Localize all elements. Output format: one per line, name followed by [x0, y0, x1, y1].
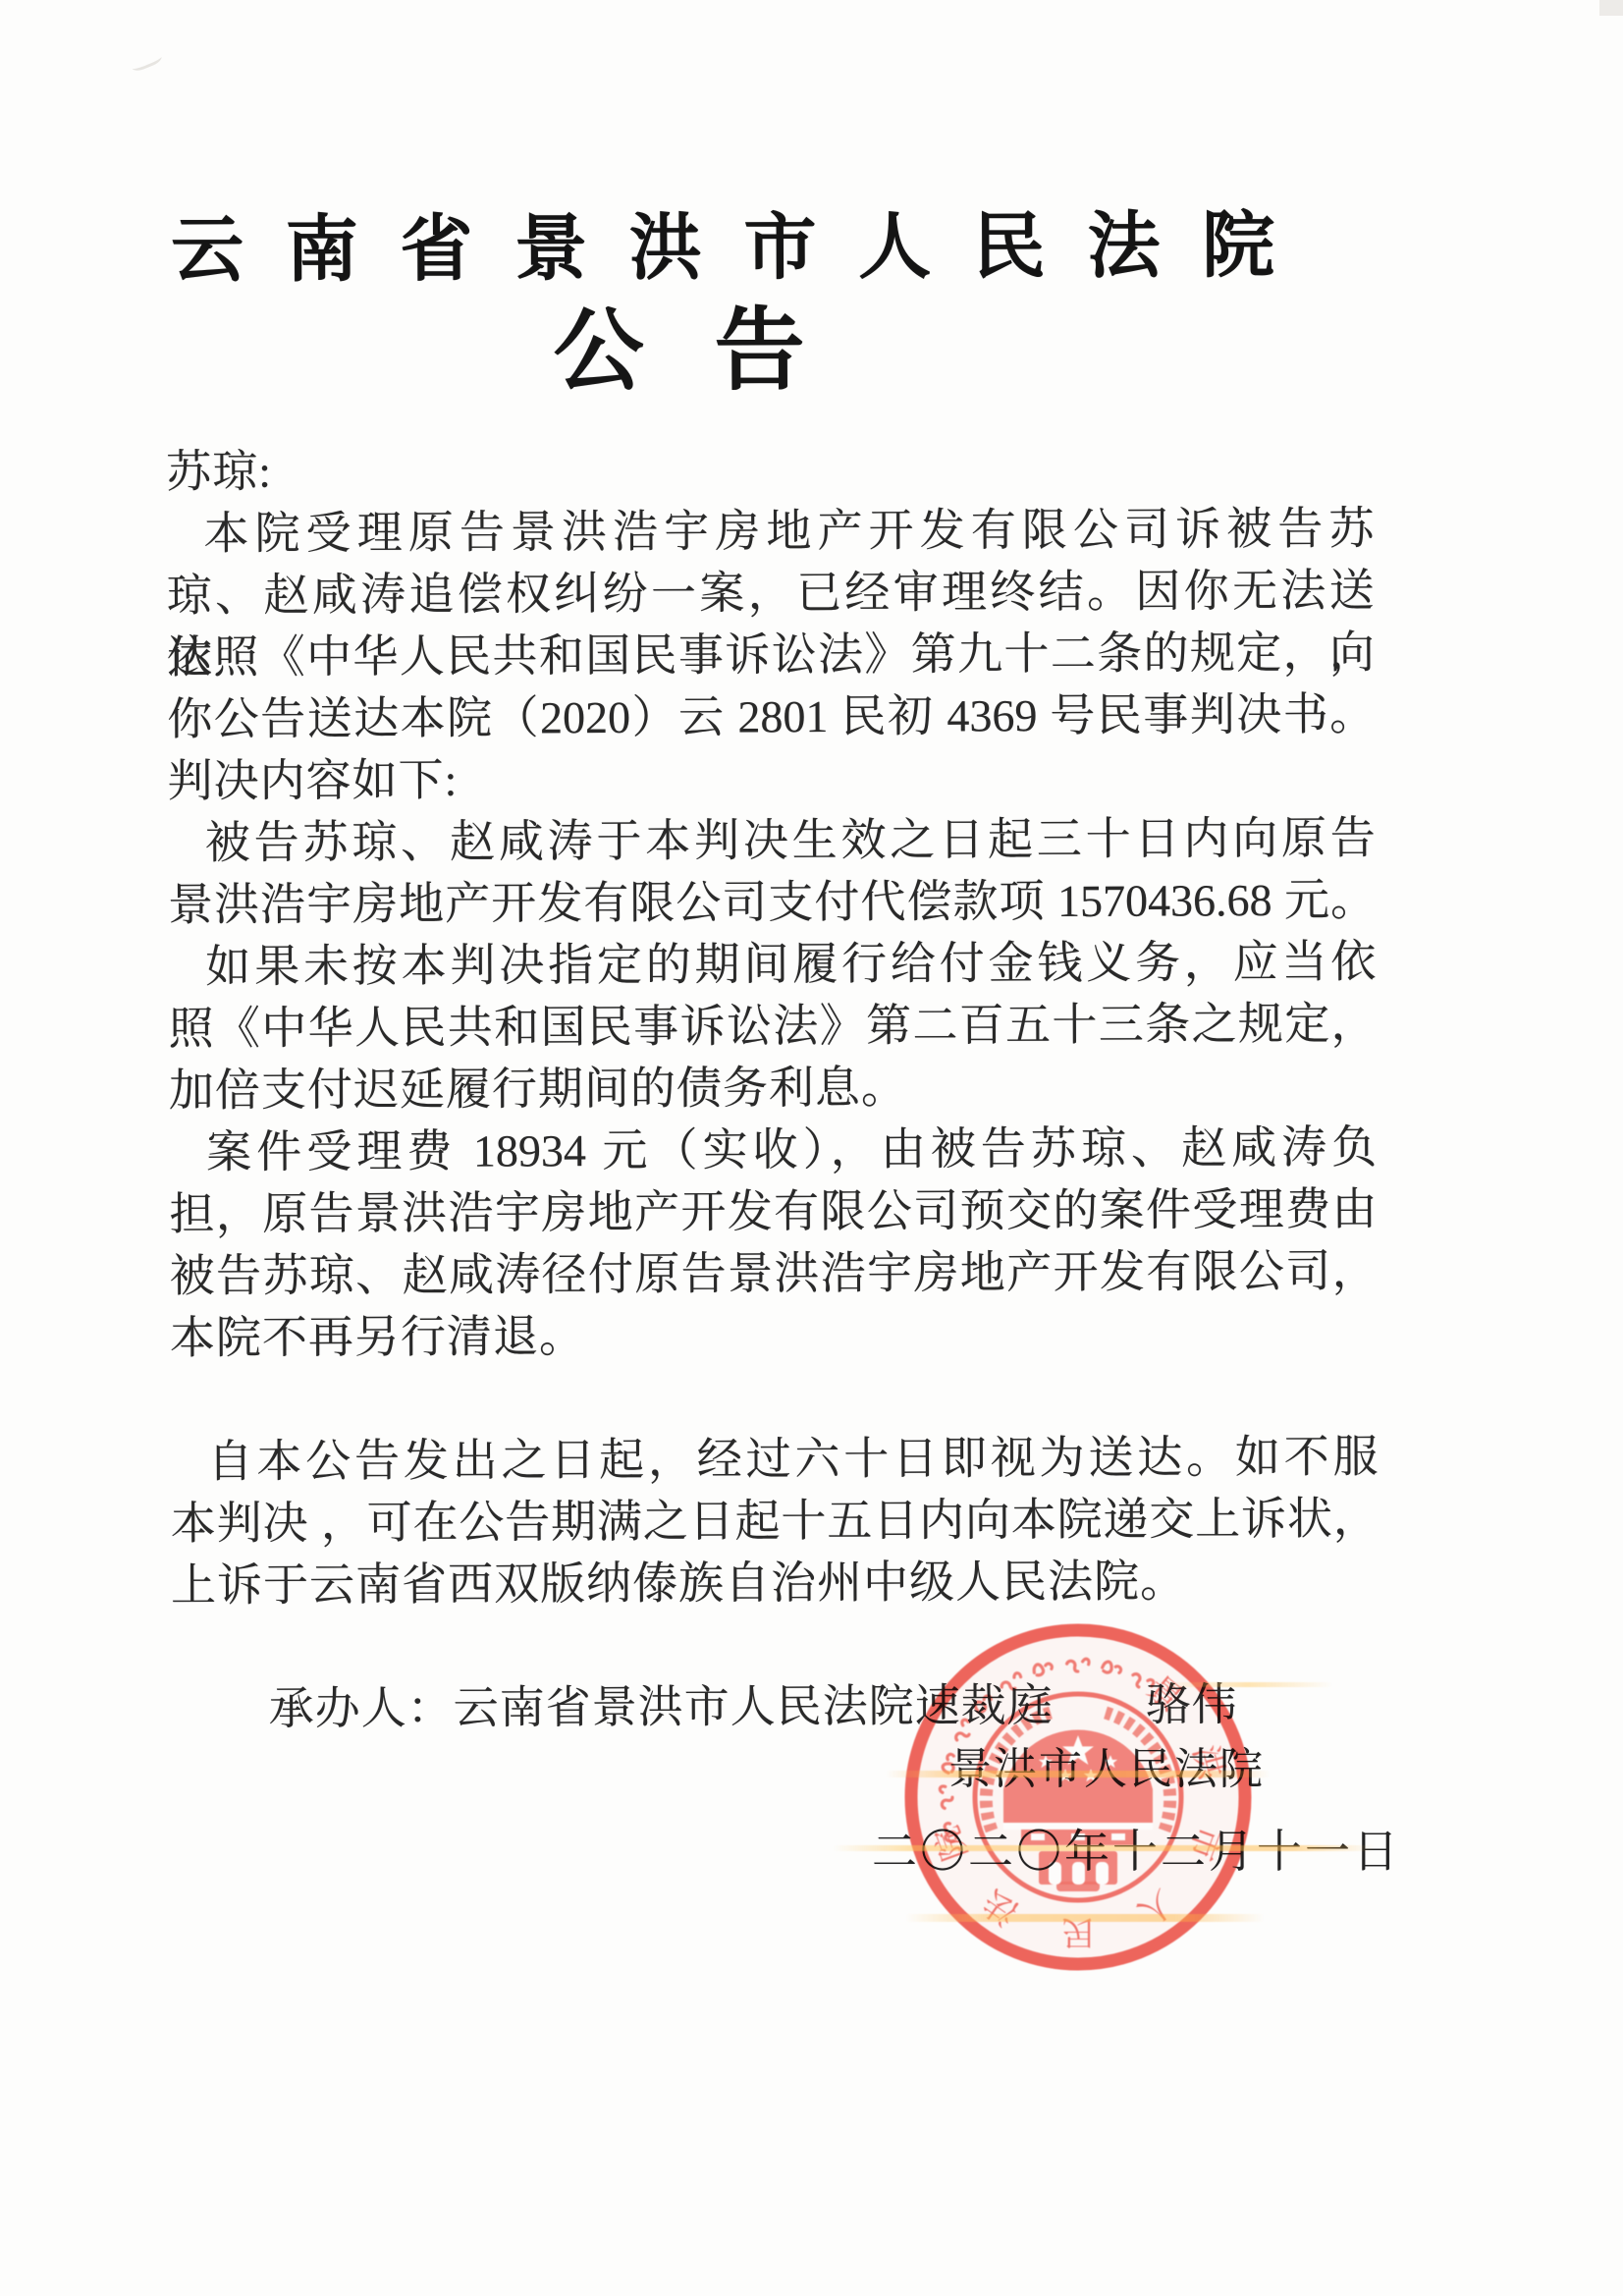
body-line: 被告苏琼、赵咸涛于本判决生效之日起三十日内向原告 — [168, 807, 1376, 874]
body-line: 本判决 ，可在公告期满之日起十五日内向本院递交上诉状， — [171, 1488, 1379, 1555]
body-line: 景洪浩宇房地产开发有限公司支付代偿款项 1570436.68 元。 — [168, 869, 1376, 936]
body-line: 本院不再另行清退。 — [170, 1302, 1378, 1369]
court-title: 云南省景洪市人民法院 — [171, 209, 1274, 287]
body-lines: 苏琼:本院受理原告景洪浩宇房地产开发有限公司诉被告苏琼、赵咸涛追偿权纠纷一案，已… — [166, 436, 1380, 1740]
seal-ring-char: 民 — [1061, 1913, 1095, 1949]
body-line: 自本公告发出之日起，经过六十日即视为送达。如不服 — [170, 1426, 1378, 1493]
body-line: 案件受理费 18934 元（实收），由被告苏琼、赵咸涛负 — [169, 1117, 1377, 1183]
document-content: 云南省景洪市人民法院 公告 苏琼:本院受理原告景洪浩宇房地产开发有限公司诉被告苏… — [165, 209, 1380, 1740]
body-line: 加倍支付迟延履行期间的债务利息。 — [169, 1055, 1377, 1121]
body-line: 本院受理原告景洪浩宇房地产开发有限公司诉被告苏 — [166, 498, 1374, 565]
body-line: 判决内容如下: — [167, 745, 1375, 812]
body-line: 苏琼: — [166, 436, 1374, 503]
body-line: 依照《中华人民共和国民事诉讼法》第九十二条的规定，向 — [167, 622, 1375, 688]
body-line: 琼、赵咸涛追偿权纠纷一案，已经审理终结。因你无法送达， — [167, 560, 1375, 627]
body-line: 照《中华人民共和国民事诉讼法》第二百五十三条之规定， — [168, 993, 1376, 1060]
notice-title: 公告 — [553, 305, 804, 397]
body-line: 你公告送达本院（2020）云 2801 民初 4369 号民事判决书。 — [167, 683, 1375, 750]
court-seal: 景洪市人民法院 — [882, 1601, 1274, 1994]
body-line: 如果未按本判决指定的期间履行给付金钱义务，应当依 — [168, 931, 1376, 998]
document-page: 云南省景洪市人民法院 公告 苏琼:本院受理原告景洪浩宇房地产开发有限公司诉被告苏… — [0, 0, 1623, 2296]
scan-artifact-topright — [1599, 0, 1623, 16]
body-line: 被告苏琼、赵咸涛径付原告景洪浩宇房地产开发有限公司， — [170, 1240, 1378, 1307]
scan-artifact-topleft — [130, 49, 164, 73]
body-line: 担，原告景洪浩宇房地产开发有限公司预交的案件受理费由 — [169, 1178, 1377, 1245]
